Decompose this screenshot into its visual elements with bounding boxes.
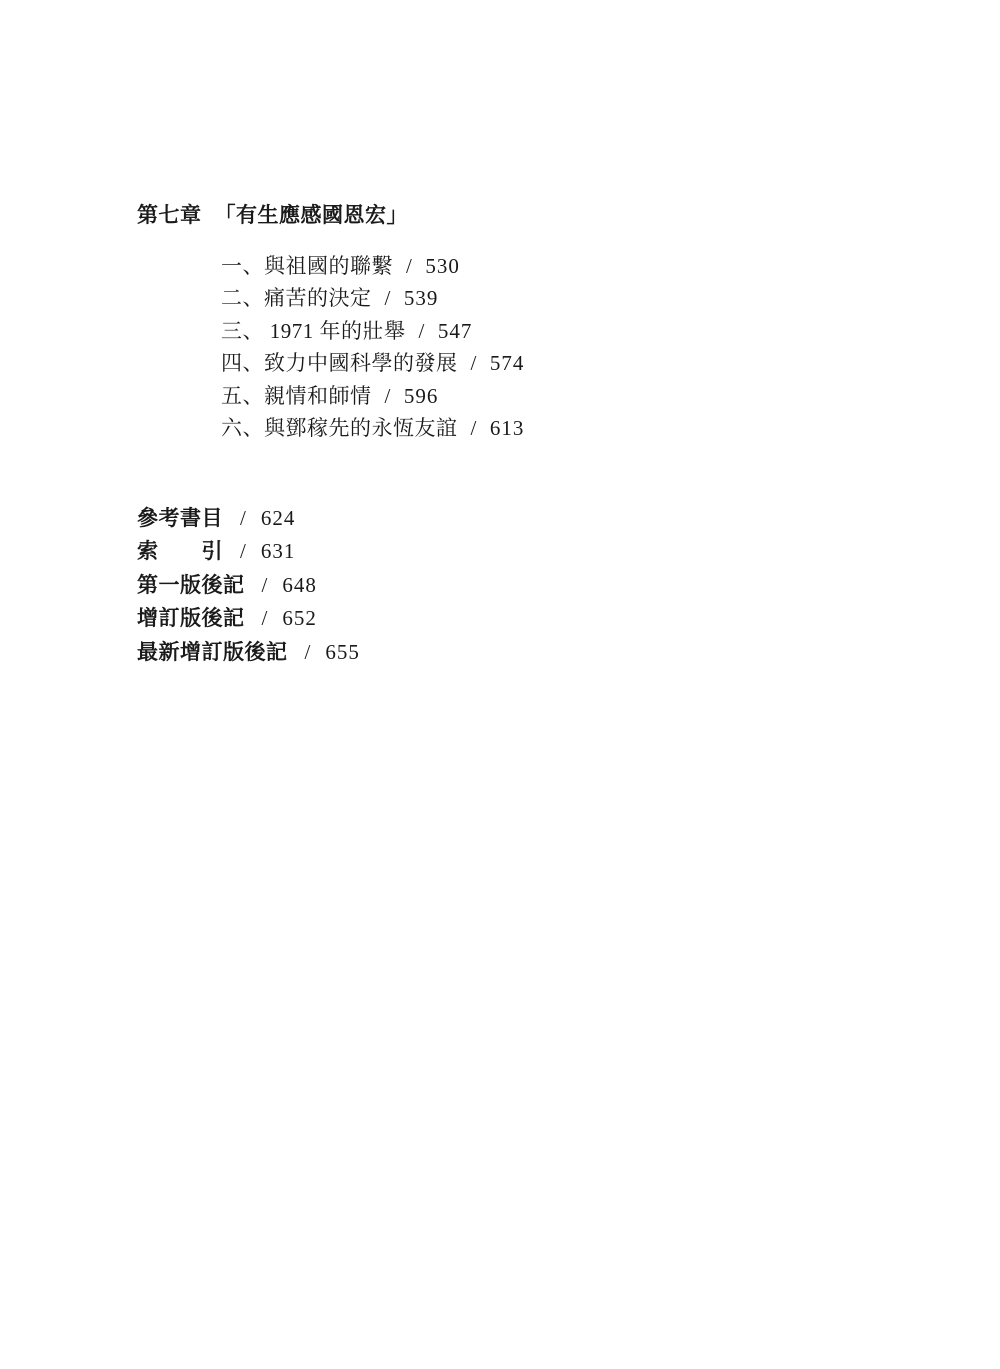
toc-page-number: 539 bbox=[404, 286, 439, 310]
toc-section-list: 一、與祖國的聯繫/530 二、痛苦的決定/539 三、 1971 年的壯舉/54… bbox=[221, 250, 524, 444]
backmatter-separator: / bbox=[240, 506, 246, 530]
backmatter-page-number: 652 bbox=[282, 606, 317, 630]
toc-separator: / bbox=[419, 319, 425, 343]
toc-separator: / bbox=[471, 351, 477, 375]
toc-page-number: 547 bbox=[438, 319, 473, 343]
backmatter-separator: / bbox=[262, 573, 268, 597]
toc-entry: 六、與鄧稼先的永恆友誼/613 bbox=[221, 412, 524, 444]
toc-entry: 四、致力中國科學的發展/574 bbox=[221, 347, 524, 379]
backmatter-list: 參考書目/624 索 引/631 第一版後記/648 增訂版後記/652 最新增… bbox=[137, 502, 360, 669]
toc-page-number: 596 bbox=[404, 384, 439, 408]
backmatter-page-number: 631 bbox=[261, 539, 296, 563]
backmatter-entry: 最新增訂版後記/655 bbox=[137, 636, 360, 669]
backmatter-page-number: 655 bbox=[325, 640, 360, 664]
chapter-heading: 第七章「有生應感國恩宏」 bbox=[137, 203, 408, 229]
toc-separator: / bbox=[385, 384, 391, 408]
toc-entry: 五、親情和師情/596 bbox=[221, 380, 524, 412]
toc-entry: 一、與祖國的聯繫/530 bbox=[221, 250, 524, 282]
toc-entry-title: 六、與鄧稼先的永恆友誼 bbox=[221, 416, 458, 440]
toc-entry-title: 三、 1971 年的壯舉 bbox=[221, 319, 406, 343]
backmatter-separator: / bbox=[305, 640, 311, 664]
backmatter-entry: 增訂版後記/652 bbox=[137, 602, 360, 635]
toc-entry: 三、 1971 年的壯舉/547 bbox=[221, 315, 524, 347]
backmatter-entry: 第一版後記/648 bbox=[137, 569, 360, 602]
toc-separator: / bbox=[471, 416, 477, 440]
toc-separator: / bbox=[406, 254, 412, 278]
backmatter-separator: / bbox=[262, 606, 268, 630]
document-page: 第七章「有生應感國恩宏」 一、與祖國的聯繫/530 二、痛苦的決定/539 三、… bbox=[0, 0, 1000, 1369]
backmatter-separator: / bbox=[240, 539, 246, 563]
toc-entry: 二、痛苦的決定/539 bbox=[221, 282, 524, 314]
backmatter-page-number: 648 bbox=[282, 573, 317, 597]
toc-entry-title: 五、親情和師情 bbox=[221, 384, 372, 408]
backmatter-page-number: 624 bbox=[261, 506, 296, 530]
toc-entry-title: 四、致力中國科學的發展 bbox=[221, 351, 458, 375]
backmatter-entry-title: 索 引 bbox=[137, 540, 223, 563]
backmatter-entry-title: 參考書目 bbox=[137, 507, 223, 530]
toc-entry-title: 一、與祖國的聯繫 bbox=[221, 254, 393, 278]
chapter-number-label: 第七章 bbox=[137, 204, 202, 227]
backmatter-entry-title: 增訂版後記 bbox=[137, 607, 245, 630]
toc-page-number: 574 bbox=[490, 351, 525, 375]
backmatter-entry-title: 第一版後記 bbox=[137, 574, 245, 597]
toc-page-number: 530 bbox=[425, 254, 460, 278]
chapter-title: 「有生應感國恩宏」 bbox=[215, 204, 409, 227]
backmatter-entry: 參考書目/624 bbox=[137, 502, 360, 535]
toc-entry-title: 二、痛苦的決定 bbox=[221, 286, 372, 310]
toc-separator: / bbox=[385, 286, 391, 310]
backmatter-entry-title: 最新增訂版後記 bbox=[137, 641, 288, 664]
toc-page-number: 613 bbox=[490, 416, 525, 440]
backmatter-entry: 索 引/631 bbox=[137, 535, 360, 568]
